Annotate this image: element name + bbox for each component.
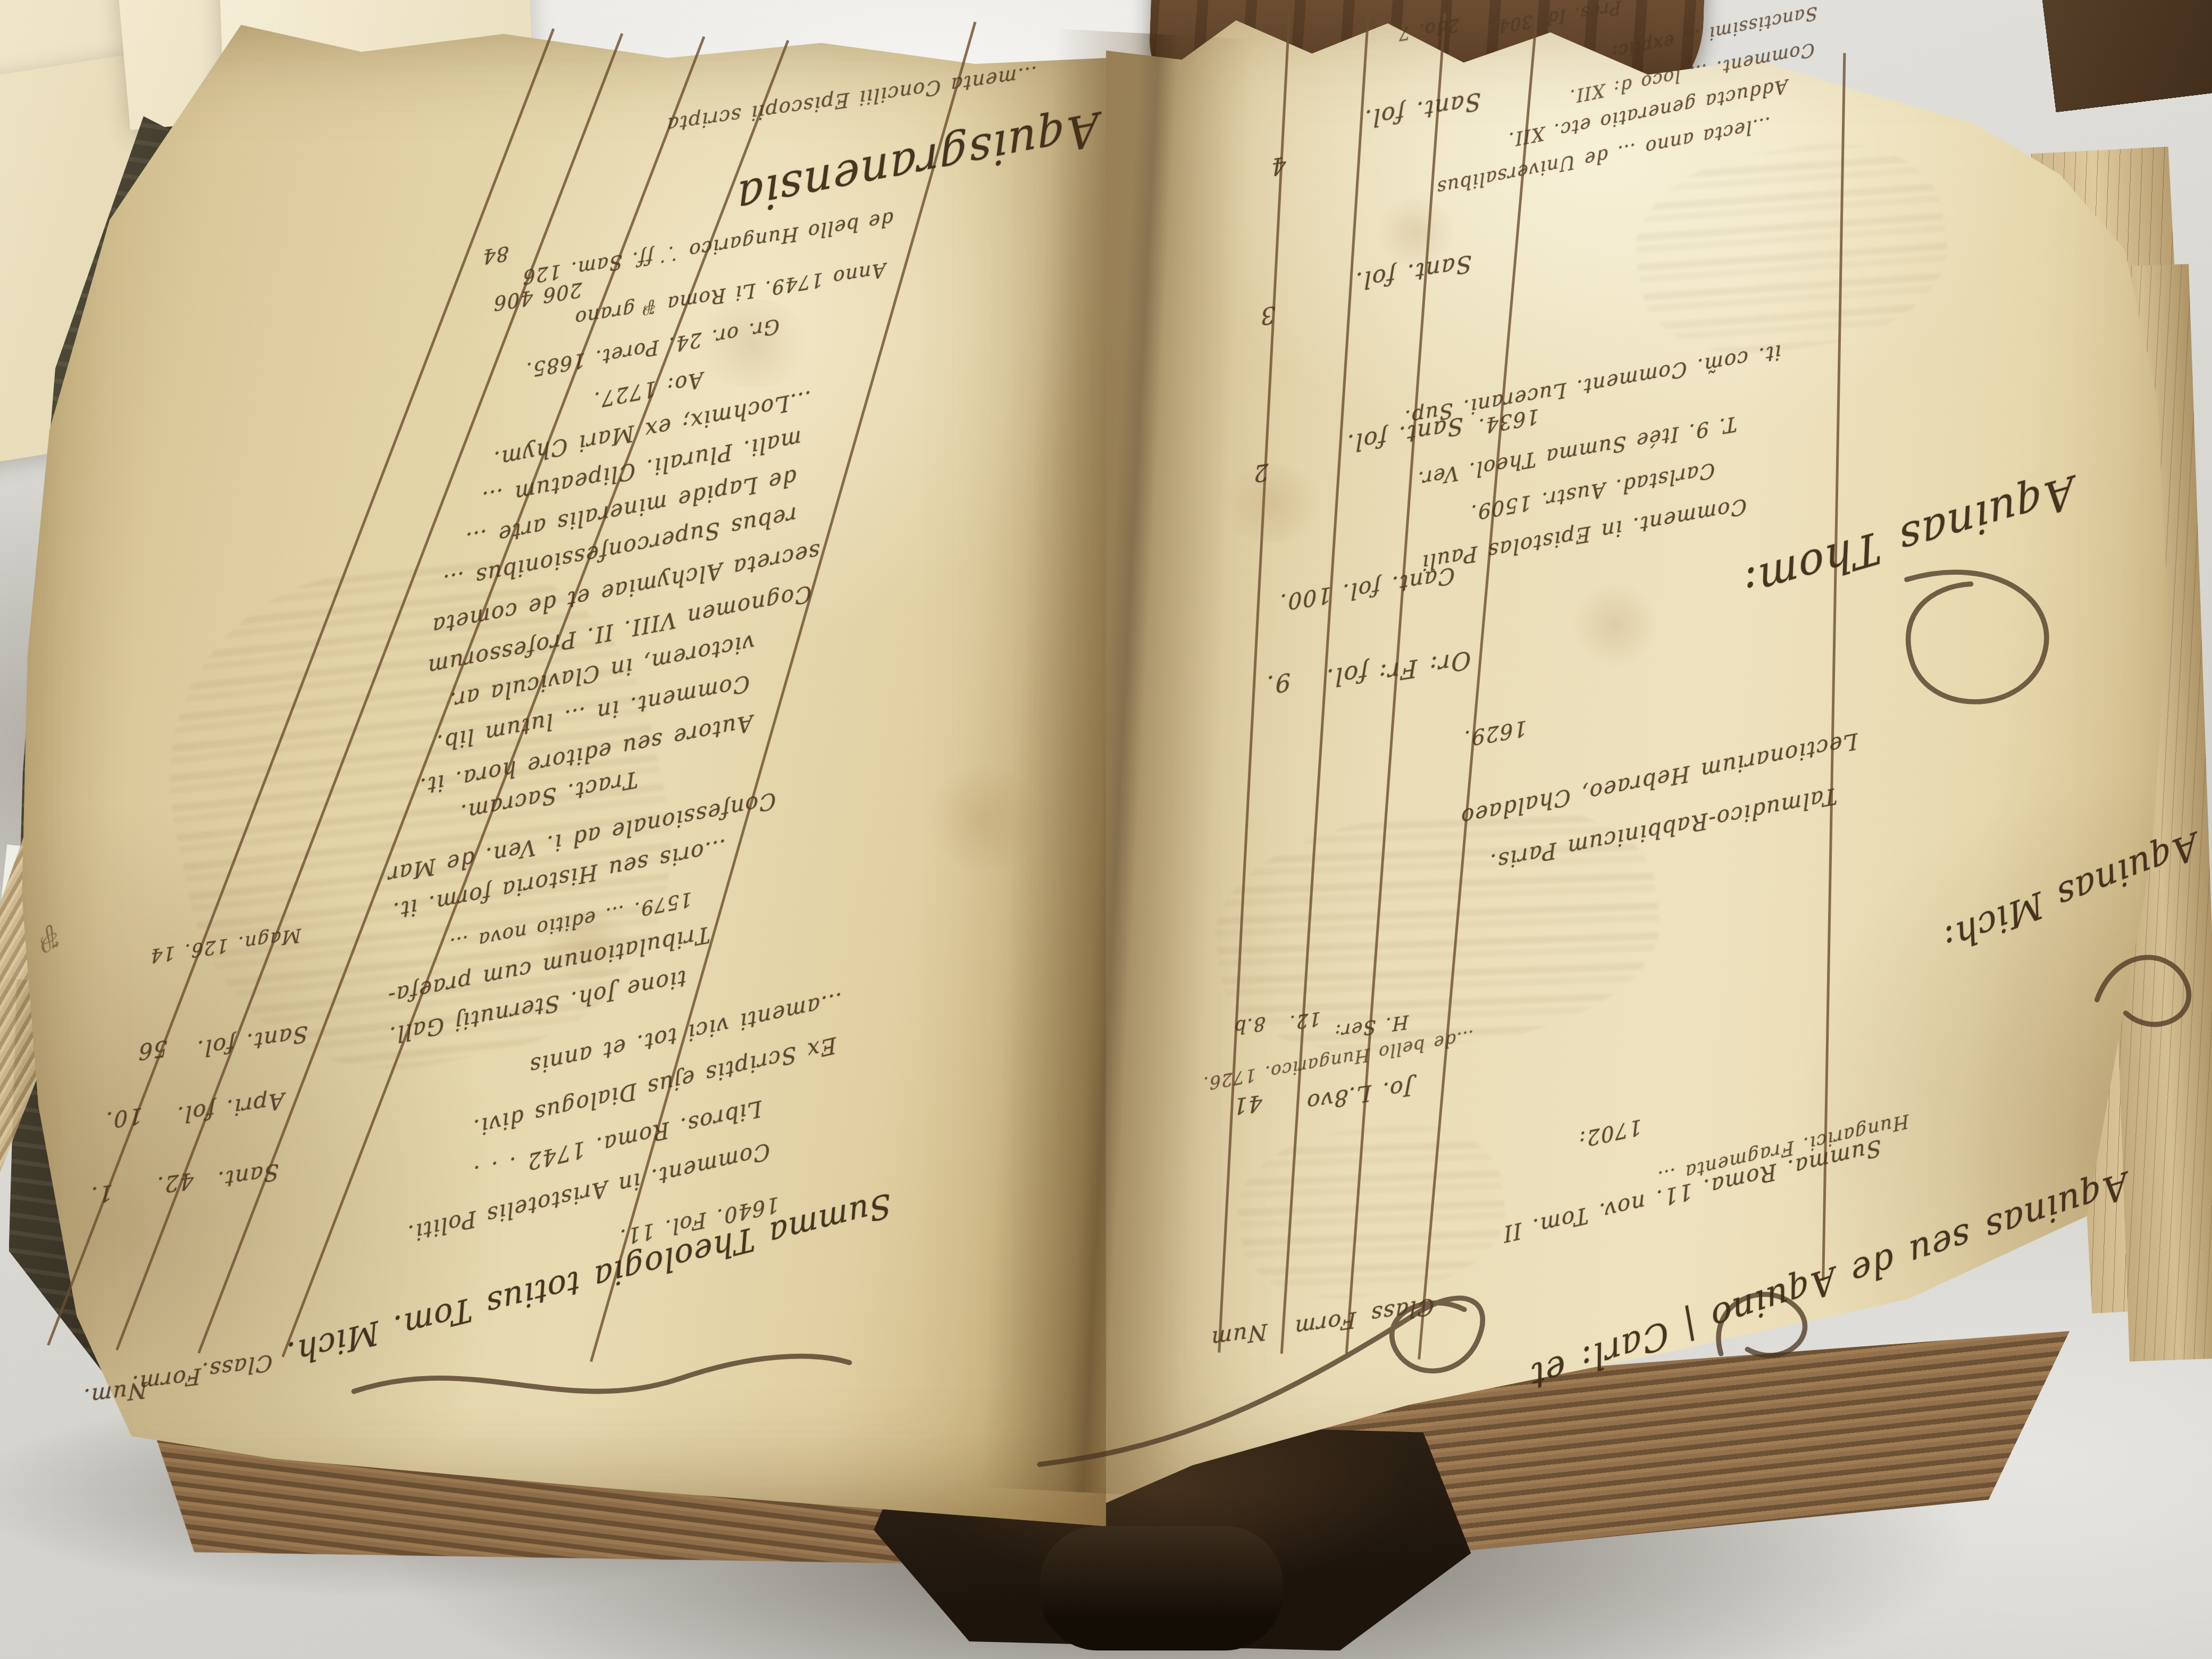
handwriting-line: 12. [1289,1007,1321,1034]
handwriting-line: 4 [1270,151,1286,181]
handwriting-line: Sant. fol. [1364,87,1481,132]
handwriting-line: 8.b [1234,1012,1266,1038]
right-page-handwriting: Pres. Id. 3042do. 7Sanctissimi … explic:… [0,0,2212,1659]
handwriting-line: Jo. L. [1348,1074,1413,1110]
handwriting-line: fol. [1326,658,1369,693]
handwriting-line: 2 [1253,458,1269,488]
handwriting-line: Or: Fr: [1378,646,1471,689]
handwriting-line: Sant. fol. [1355,249,1472,295]
entry-heading-script: Aquinas Mich: [1939,824,2202,961]
handwriting-line: Num [1210,1318,1267,1352]
handwriting-line: Form [1294,1306,1356,1342]
handwriting-line: 1702: [1578,1114,1643,1152]
entry-heading-script: Aquinas Thom: [1740,465,2078,610]
handwriting-line: H. Ser: [1334,1011,1409,1043]
handwriting-line: Class [1371,1293,1435,1328]
handwriting-line: Pres. Id. 304 [1498,0,1621,37]
handwriting-line: 41 [1233,1090,1262,1120]
handwriting-line: Summa. Roma. 11. nov. Tom. II [1502,1134,1883,1248]
handwriting-line: 3 [1260,300,1276,330]
handwriting-line: 9. [1266,667,1292,700]
handwriting-line: 8vo [1306,1084,1348,1116]
handwriting-line: 2do. 7 [1398,14,1460,45]
photo-scene: …menta Concilii Episcopii scriptaAquisgr… [0,0,2212,1659]
handwriting-line: 1629. [1463,715,1528,751]
